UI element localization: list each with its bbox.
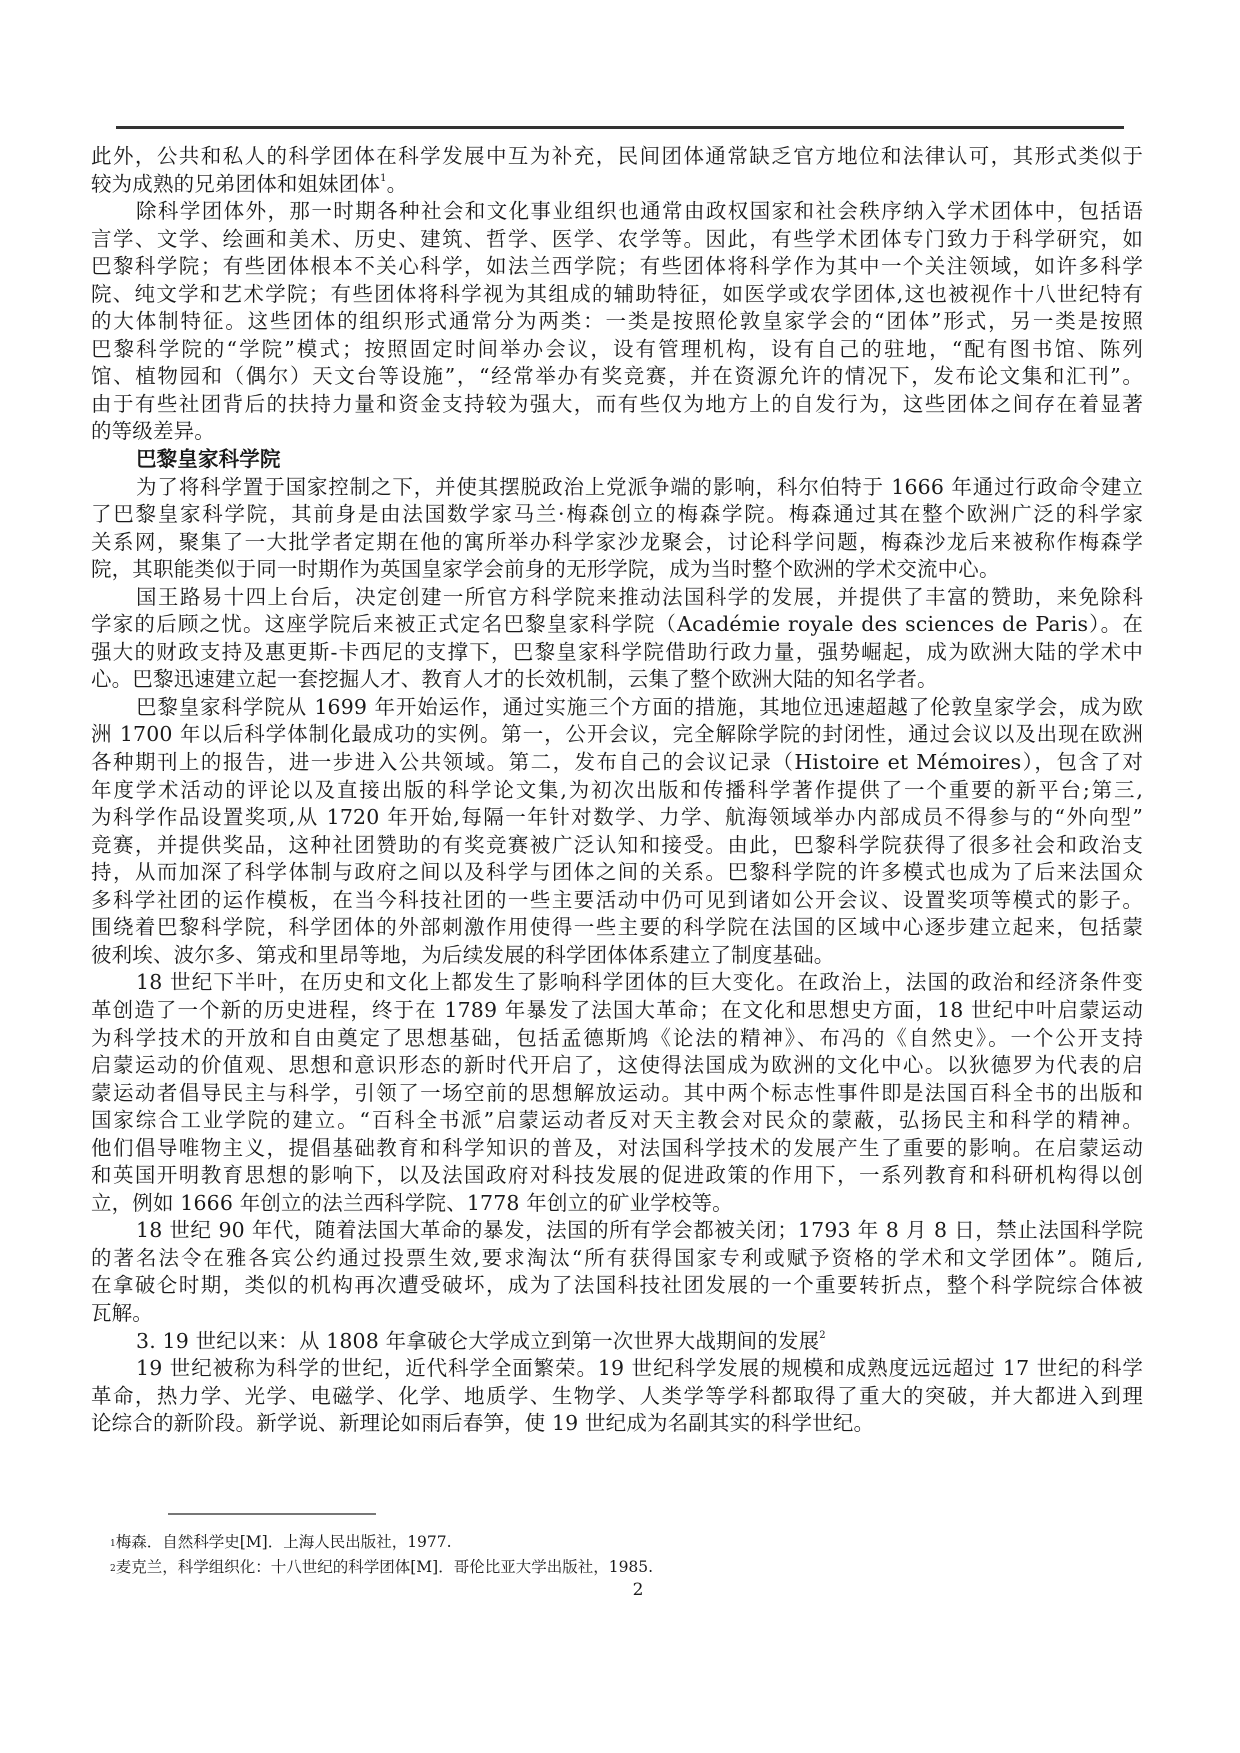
line-text: 巴黎科学院；有些团体根本不关心科学，如法兰西学院；有些团体将科学作为其中一个关注… — [91, 254, 1143, 278]
body-line: 较为成熟的兄弟团体和姐妹团体1。 — [91, 171, 1143, 199]
line-text: 了巴黎皇家科学院，其前身是由法国数学家马兰·梅森创立的梅森学院。梅森通过其在整个… — [91, 502, 1143, 526]
line-text: 围绕着巴黎科学院，科学团体的外部刺激作用使得一些主要的科学院在法国的区域中心逐步… — [91, 915, 1143, 939]
body-line: 由于有些社团背后的扶持力量和资金支持较为强大，而有些仅为地方上的自发行为，这些团… — [91, 391, 1143, 419]
body-line: 关系网，聚集了一大批学者定期在他的寓所举办科学家沙龙聚会，讨论科学问题，梅森沙龙… — [91, 529, 1143, 557]
line-text: 蒙运动者倡导民主与科学，引领了一场空前的思想解放运动。其中两个标志性事件即是法国… — [91, 1081, 1143, 1105]
body-line: 立，例如 1666 年创立的法兰西科学院、1778 年创立的矿业学校等。 — [91, 1190, 1143, 1218]
line-text: 的等级差异。 — [91, 419, 215, 443]
body-line: 馆、植物园和（偶尔）天文台等设施”，“经常举办有奖竞赛，并在资源允许的情况下，发… — [91, 363, 1143, 391]
body-line: 持，从而加深了科学体制与政府之间以及科学与团体之间的关系。巴黎科学院的许多模式也… — [91, 859, 1143, 887]
body-line: 和英国开明教育思想的影响下，以及法国政府对科技发展的促进政策的作用下，一系列教育… — [91, 1162, 1143, 1190]
line-text: 在拿破仑时期，类似的机构再次遭受破坏，成为了法国科技社团发展的一个重要转折点，整… — [91, 1273, 1143, 1297]
body-line: 强大的财政支持及惠更斯-卡西尼的支撑下，巴黎皇家科学院借助行政力量，强势崛起，成… — [91, 639, 1143, 667]
line-text: 除科学团体外，那一时期各种社会和文化事业组织也通常由政权国家和社会秩序纳入学术团… — [136, 199, 1143, 223]
line-text: 心。巴黎迅速建立起一套挖掘人才、教育人才的长效机制，云集了整个欧洲大陆的知名学者… — [91, 667, 938, 691]
line-text: 各种期刊上的报告，进一步进入公共领域。第二，发布自己的会议记录（Histoire… — [91, 750, 1143, 774]
line-text: 国王路易十四上台后，决定创建一所官方科学院来推动法国科学的发展，并提供了丰富的赞… — [136, 585, 1143, 609]
line-text: 年度学术活动的评论以及直接出版的科学论文集,为初次出版和传播科学著作提供了一个重… — [91, 778, 1143, 802]
line-text-tail: 。 — [387, 172, 408, 196]
body-line: 为了将科学置于国家控制之下，并使其摆脱政治上党派争端的影响，科尔伯特于 1666… — [91, 474, 1143, 502]
line-text: 竞赛，并提供奖品，这种社团赞助的有奖竞赛被广泛认知和接受。由此，巴黎科学院获得了… — [91, 833, 1143, 857]
line-text: 馆、植物园和（偶尔）天文台等设施”，“经常举办有奖竞赛，并在资源允许的情况下，发… — [91, 364, 1143, 388]
body-line: 为科学作品设置奖项,从 1720 年开始,每隔一年针对数学、力学、航海领域举办内… — [91, 804, 1143, 832]
body-line: 18 世纪下半叶，在历史和文化上都发生了影响科学团体的巨大变化。在政治上，法国的… — [91, 969, 1143, 997]
line-text: 洲 1700 年以后科学体制化最成功的实例。第一，公开会议，完全解除学院的封闭性… — [91, 722, 1143, 746]
body-line: 了巴黎皇家科学院，其前身是由法国数学家马兰·梅森创立的梅森学院。梅森通过其在整个… — [91, 501, 1143, 529]
line-text: 持，从而加深了科学体制与政府之间以及科学与团体之间的关系。巴黎科学院的许多模式也… — [91, 860, 1143, 884]
body-line: 革命，热力学、光学、电磁学、化学、地质学、生物学、人类学等学科都取得了重大的突破… — [91, 1383, 1143, 1411]
line-text: 他们倡导唯物主义，提倡基础教育和科学知识的普及，对法国科学技术的发展产生了重要的… — [91, 1136, 1143, 1160]
body-line: 的大体制特征。这些团体的组织形式通常分为两类：一类是按照伦敦皇家学会的“团体”形… — [91, 308, 1143, 336]
section-heading: 巴黎皇家科学院 — [91, 446, 1143, 474]
footnote-text: 麦克兰，科学组织化：十八世纪的科学团体[M]．哥伦比亚大学出版社，1985. — [116, 1558, 653, 1576]
body-line: 3. 19 世纪以来：从 1808 年拿破仑大学成立到第一次世界大战期间的发展2 — [91, 1328, 1143, 1356]
line-text: 19 世纪被称为科学的世纪，近代科学全面繁荣。19 世纪科学发展的规模和成熟度远… — [136, 1356, 1143, 1380]
line-text: 18 世纪下半叶，在历史和文化上都发生了影响科学团体的巨大变化。在政治上，法国的… — [136, 970, 1143, 994]
line-text: 此外，公共和私人的科学团体在科学发展中互为补充，民间团体通常缺乏官方地位和法律认… — [91, 144, 1143, 168]
body-line: 国王路易十四上台后，决定创建一所官方科学院来推动法国科学的发展，并提供了丰富的赞… — [91, 584, 1143, 612]
body-line: 的著名法令在雅各宾公约通过投票生效,要求淘汰“所有获得国家专利或赋予资格的学术和… — [91, 1245, 1143, 1273]
line-text: 言学、文学、绘画和美术、历史、建筑、哲学、医学、农学等。因此，有些学术团体专门致… — [91, 227, 1143, 251]
body-line: 言学、文学、绘画和美术、历史、建筑、哲学、医学、农学等。因此，有些学术团体专门致… — [91, 226, 1143, 254]
body-line: 多科学社团的运作模板，在当今科技社团的一些主要活动中仍可见到诸如公开会议、设置奖… — [91, 887, 1143, 915]
line-text: 革命，热力学、光学、电磁学、化学、地质学、生物学、人类学等学科都取得了重大的突破… — [91, 1384, 1143, 1408]
footnotes: 1梅森．自然科学史[M]．上海人民出版社，1977. 2麦克兰，科学组织化：十八… — [110, 1530, 653, 1580]
line-text: 院，其职能类似于同一时期作为英国皇家学会前身的无形学院，成为当时整个欧洲的学术交… — [91, 557, 1000, 581]
line-text: 强大的财政支持及惠更斯-卡西尼的支撑下，巴黎皇家科学院借助行政力量，强势崛起，成… — [91, 640, 1143, 664]
body-line: 围绕着巴黎科学院，科学团体的外部刺激作用使得一些主要的科学院在法国的区域中心逐步… — [91, 914, 1143, 942]
body-line: 瓦解。 — [91, 1300, 1143, 1328]
line-text: 巴黎皇家科学院 — [136, 447, 281, 471]
line-text: 彼利埃、波尔多、第戎和里昂等地，为后续发展的科学团体体系建立了制度基础。 — [91, 943, 834, 967]
line-text: 国家综合工业学院的建立。“百科全书派”启蒙运动者反对天主教会对民众的蒙蔽，弘扬民… — [91, 1108, 1143, 1132]
body-line: 彼利埃、波尔多、第戎和里昂等地，为后续发展的科学团体体系建立了制度基础。 — [91, 942, 1143, 970]
body-line: 19 世纪被称为科学的世纪，近代科学全面繁荣。19 世纪科学发展的规模和成熟度远… — [91, 1355, 1143, 1383]
line-text: 瓦解。 — [91, 1301, 153, 1325]
body-line: 巴黎科学院的“学院”模式；按照固定时间举办会议，设有管理机构，设有自己的驻地，“… — [91, 336, 1143, 364]
body-line: 为科学技术的开放和自由奠定了思想基础，包括孟德斯鸠《论法的精神》、布冯的《自然史… — [91, 1025, 1143, 1053]
body-line: 革创造了一个新的历史进程，终于在 1789 年暴发了法国大革命；在文化和思想史方… — [91, 997, 1143, 1025]
body-line: 洲 1700 年以后科学体制化最成功的实例。第一，公开会议，完全解除学院的封闭性… — [91, 721, 1143, 749]
line-text: 巴黎科学院的“学院”模式；按照固定时间举办会议，设有管理机构，设有自己的驻地，“… — [91, 337, 1143, 361]
body-line: 院，其职能类似于同一时期作为英国皇家学会前身的无形学院，成为当时整个欧洲的学术交… — [91, 556, 1143, 584]
line-text: 由于有些社团背后的扶持力量和资金支持较为强大，而有些仅为地方上的自发行为，这些团… — [91, 392, 1143, 416]
body-line: 院、纯文学和艺术学院；有些团体将科学视为其组成的辅助特征，如医学或农学团体,这也… — [91, 281, 1143, 309]
page-number: 2 — [628, 1580, 648, 1600]
body-line: 巴黎皇家科学院从 1699 年开始运作，通过实施三个方面的措施，其地位迅速超越了… — [91, 694, 1143, 722]
line-text: 立，例如 1666 年创立的法兰西科学院、1778 年创立的矿业学校等。 — [91, 1191, 733, 1215]
line-text: 的著名法令在雅各宾公约通过投票生效,要求淘汰“所有获得国家专利或赋予资格的学术和… — [91, 1246, 1143, 1270]
line-text: 和英国开明教育思想的影响下，以及法国政府对科技发展的促进政策的作用下，一系列教育… — [91, 1163, 1143, 1187]
body-line: 巴黎科学院；有些团体根本不关心科学，如法兰西学院；有些团体将科学作为其中一个关注… — [91, 253, 1143, 281]
body-line: 心。巴黎迅速建立起一套挖掘人才、教育人才的长效机制，云集了整个欧洲大陆的知名学者… — [91, 666, 1143, 694]
body-line: 在拿破仑时期，类似的机构再次遭受破坏，成为了法国科技社团发展的一个重要转折点，整… — [91, 1272, 1143, 1300]
body-line: 他们倡导唯物主义，提倡基础教育和科学知识的普及，对法国科学技术的发展产生了重要的… — [91, 1135, 1143, 1163]
line-text: 较为成熟的兄弟团体和姐妹团体 — [91, 172, 380, 196]
line-text: 关系网，聚集了一大批学者定期在他的寓所举办科学家沙龙聚会，讨论科学问题，梅森沙龙… — [91, 530, 1143, 554]
line-text: 启蒙运动的价值观、思想和意识形态的新时代开启了，这使得法国成为欧洲的文化中心。以… — [91, 1053, 1143, 1077]
footnote-marker: 1 — [110, 1539, 116, 1549]
body-line: 年度学术活动的评论以及直接出版的科学论文集,为初次出版和传播科学著作提供了一个重… — [91, 777, 1143, 805]
line-text: 多科学社团的运作模板，在当今科技社团的一些主要活动中仍可见到诸如公开会议、设置奖… — [91, 888, 1143, 912]
line-text: 3. 19 世纪以来：从 1808 年拿破仑大学成立到第一次世界大战期间的发展 — [136, 1329, 819, 1353]
body-line: 18 世纪 90 年代，随着法国大革命的暴发，法国的所有学会都被关闭；1793 … — [91, 1217, 1143, 1245]
line-text: 学家的后顾之忧。这座学院后来被正式定名巴黎皇家科学院（Académie roya… — [91, 612, 1143, 636]
body-line: 竞赛，并提供奖品，这种社团赞助的有奖竞赛被广泛认知和接受。由此，巴黎科学院获得了… — [91, 832, 1143, 860]
footnote-reference[interactable]: 2 — [819, 1330, 826, 1341]
body-line: 除科学团体外，那一时期各种社会和文化事业组织也通常由政权国家和社会秩序纳入学术团… — [91, 198, 1143, 226]
body-text: 此外，公共和私人的科学团体在科学发展中互为补充，民间团体通常缺乏官方地位和法律认… — [91, 143, 1143, 1438]
body-line: 此外，公共和私人的科学团体在科学发展中互为补充，民间团体通常缺乏官方地位和法律认… — [91, 143, 1143, 171]
footnote-separator — [168, 1513, 376, 1515]
line-text: 为科学技术的开放和自由奠定了思想基础，包括孟德斯鸠《论法的精神》、布冯的《自然史… — [91, 1026, 1143, 1050]
footnote-2: 2麦克兰，科学组织化：十八世纪的科学团体[M]．哥伦比亚大学出版社，1985. — [110, 1555, 653, 1580]
line-text: 18 世纪 90 年代，随着法国大革命的暴发，法国的所有学会都被关闭；1793 … — [136, 1218, 1143, 1242]
body-line: 国家综合工业学院的建立。“百科全书派”启蒙运动者反对天主教会对民众的蒙蔽，弘扬民… — [91, 1107, 1143, 1135]
footnote-text: 梅森．自然科学史[M]．上海人民出版社，1977. — [116, 1533, 452, 1551]
line-text: 院、纯文学和艺术学院；有些团体将科学视为其组成的辅助特征，如医学或农学团体,这也… — [91, 282, 1143, 306]
footnote-marker: 2 — [110, 1564, 116, 1574]
body-line: 学家的后顾之忧。这座学院后来被正式定名巴黎皇家科学院（Académie roya… — [91, 611, 1143, 639]
body-line: 启蒙运动的价值观、思想和意识形态的新时代开启了，这使得法国成为欧洲的文化中心。以… — [91, 1052, 1143, 1080]
line-text: 为了将科学置于国家控制之下，并使其摆脱政治上党派争端的影响，科尔伯特于 1666… — [136, 475, 1143, 499]
line-text: 革创造了一个新的历史进程，终于在 1789 年暴发了法国大革命；在文化和思想史方… — [91, 998, 1143, 1022]
body-line: 的等级差异。 — [91, 418, 1143, 446]
body-line: 各种期刊上的报告，进一步进入公共领域。第二，发布自己的会议记录（Histoire… — [91, 749, 1143, 777]
footnote-reference[interactable]: 1 — [380, 173, 387, 184]
line-text: 为科学作品设置奖项,从 1720 年开始,每隔一年针对数学、力学、航海领域举办内… — [91, 805, 1143, 829]
line-text: 的大体制特征。这些团体的组织形式通常分为两类：一类是按照伦敦皇家学会的“团体”形… — [91, 309, 1143, 333]
line-text: 巴黎皇家科学院从 1699 年开始运作，通过实施三个方面的措施，其地位迅速超越了… — [136, 695, 1143, 719]
footnote-1: 1梅森．自然科学史[M]．上海人民出版社，1977. — [110, 1530, 653, 1555]
body-line: 蒙运动者倡导民主与科学，引领了一场空前的思想解放运动。其中两个标志性事件即是法国… — [91, 1080, 1143, 1108]
body-line: 论综合的新阶段。新学说、新理论如雨后春笋，使 19 世纪成为名副其实的科学世纪。 — [91, 1410, 1143, 1438]
header-rule — [116, 126, 1124, 129]
line-text: 论综合的新阶段。新学说、新理论如雨后春笋，使 19 世纪成为名副其实的科学世纪。 — [91, 1411, 874, 1435]
